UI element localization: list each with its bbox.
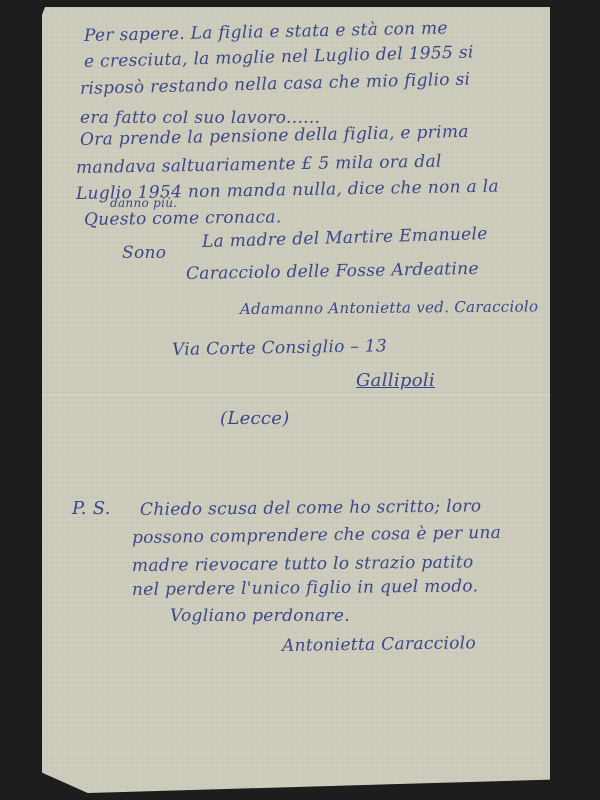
postscript-line: madre rievocare tutto lo strazio patito — [132, 552, 474, 576]
paper-fold — [42, 395, 550, 397]
postscript-line: nel perdere l'unico figlio in quel modo. — [132, 576, 478, 600]
postscript-label: P. S. — [72, 498, 111, 519]
address-city: Gallipoli — [356, 370, 435, 391]
postscript-line: Vogliano perdonare. — [170, 606, 350, 626]
body-line: Questo come cronaca. — [84, 207, 282, 230]
postscript-line: Chiedo scusa del come ho scritto; loro — [140, 496, 482, 520]
signature: Antonietta Caracciolo — [282, 633, 476, 656]
paper-crease — [42, 752, 550, 754]
address-street: Via Corte Consiglio – 13 — [172, 336, 387, 360]
sender-name: Adamanno Antonietta ved. Caracciolo — [240, 297, 538, 318]
intro-label: Sono — [122, 243, 166, 263]
address-province: (Lecce) — [220, 408, 290, 429]
